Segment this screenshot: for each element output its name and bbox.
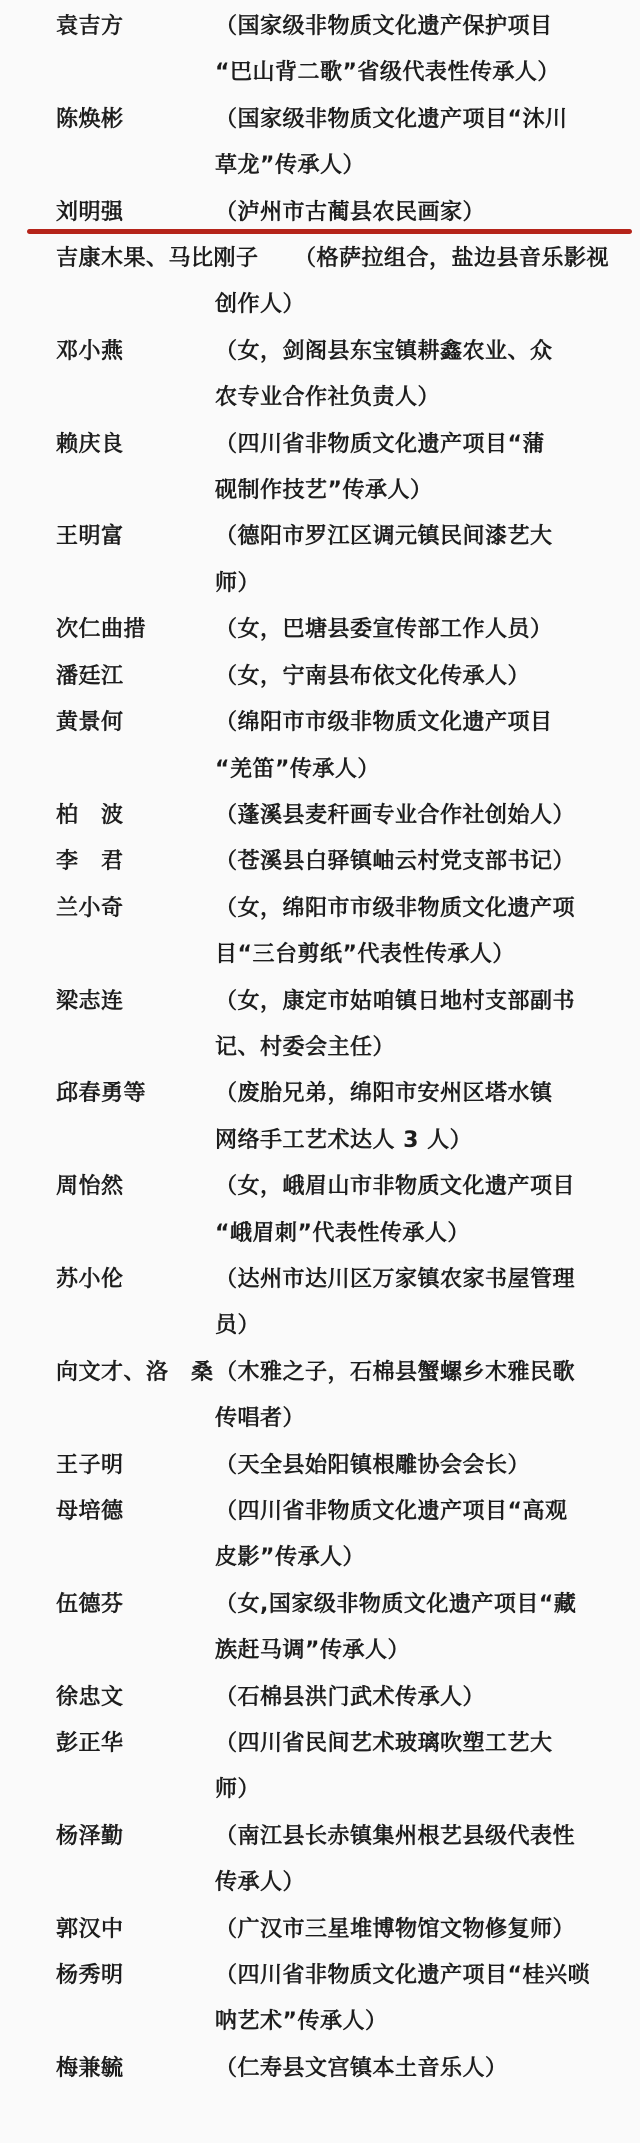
person-name: 赖庆良 (56, 422, 124, 468)
person-role: （石棉县洪门武术传承人） (215, 1675, 640, 1721)
person-role: （绵阳市市级非物质文化遗产项目 “羌笛”传承人） (215, 700, 640, 793)
person-name: 伍德芬 (56, 1582, 124, 1628)
person-name: 袁吉方 (56, 4, 124, 50)
person-name: 梅兼毓 (56, 2046, 124, 2092)
person-name: 兰小奇 (56, 886, 124, 932)
list-item: 陈焕彬 （国家级非物质文化遗产项目“沐川 草龙”传承人） (0, 97, 640, 190)
person-name: 邱春勇等 (56, 1071, 146, 1117)
list-item: 杨秀明 （四川省非物质文化遗产项目“桂兴唢 呐艺术”传承人） (0, 1953, 640, 2046)
list-item: 柏 波 （蓬溪县麦秆画专业合作社创始人） (0, 793, 640, 839)
list-item: 杨泽勤 （南江县长赤镇集州根艺县级代表性 传承人） (0, 1814, 640, 1907)
person-name: 徐忠文 (56, 1675, 124, 1721)
person-role: （四川省非物质文化遗产项目“桂兴唢 呐艺术”传承人） (215, 1953, 640, 2046)
list-item: 王子明 （天全县始阳镇根雕协会会长） (0, 1443, 640, 1489)
person-role: （德阳市罗江区调元镇民间漆艺大 师） (215, 514, 640, 607)
person-role: （广汉市三星堆博物馆文物修复师） (215, 1907, 640, 1953)
list-item: 苏小伦 （达州市达川区万家镇农家书屋管理 员） (0, 1257, 640, 1350)
person-name: 周怡然 (56, 1164, 124, 1210)
person-role: （达州市达川区万家镇农家书屋管理 员） (215, 1257, 640, 1350)
list-item: 向文才、洛 桑 （木雅之子，石棉县蟹螺乡木雅民歌 传唱者） (0, 1350, 640, 1443)
list-item: 邓小燕 （女，剑阁县东宝镇耕鑫农业、众 农专业合作社负责人） (0, 329, 640, 422)
document-page: 袁吉方 （国家级非物质文化遗产保护项目 “巴山背二歌”省级代表性传承人） 陈焕彬… (0, 0, 640, 2143)
person-name: 郭汉中 (56, 1907, 124, 1953)
person-name: 潘廷江 (56, 654, 124, 700)
list-item: 母培德 （四川省非物质文化遗产项目“高观 皮影”传承人） (0, 1489, 640, 1582)
person-name: 柏 波 (56, 793, 124, 839)
person-role: （蓬溪县麦秆画专业合作社创始人） (215, 793, 640, 839)
person-name: 苏小伦 (56, 1257, 124, 1303)
person-name: 杨泽勤 (56, 1814, 124, 1860)
list-item: 王明富 （德阳市罗江区调元镇民间漆艺大 师） (0, 514, 640, 607)
list-item: 黄景何 （绵阳市市级非物质文化遗产项目 “羌笛”传承人） (0, 700, 640, 793)
person-role: （四川省非物质文化遗产项目“高观 皮影”传承人） (215, 1489, 640, 1582)
list-item: 邱春勇等 （废胎兄弟，绵阳市安州区塔水镇 网络手工艺术达人 3 人） (0, 1071, 640, 1164)
red-underline-annotation (27, 229, 632, 234)
person-name: 王明富 (56, 514, 124, 560)
list-item: 赖庆良 （四川省非物质文化遗产项目“蒲 砚制作技艺”传承人） (0, 422, 640, 515)
person-name: 黄景何 (56, 700, 124, 746)
person-role: （四川省民间艺术玻璃吹塑工艺大 师） (215, 1721, 640, 1814)
list-item: 梅兼毓 （仁寿县文宫镇本土音乐人） (0, 2046, 640, 2092)
list-item: 梁志连 （女，康定市姑咱镇日地村支部副书 记、村委会主任） (0, 979, 640, 1072)
person-role: （苍溪县白驿镇岫云村党支部书记） (215, 839, 640, 885)
person-role: （废胎兄弟，绵阳市安州区塔水镇 网络手工艺术达人 3 人） (215, 1071, 640, 1164)
person-role: （女，宁南县布依文化传承人） (215, 654, 640, 700)
person-role: （女，绵阳市市级非物质文化遗产项 目“三台剪纸”代表性传承人） (215, 886, 640, 979)
person-name: 母培德 (56, 1489, 124, 1535)
inheritor-list: 袁吉方 （国家级非物质文化遗产保护项目 “巴山背二歌”省级代表性传承人） 陈焕彬… (0, 0, 640, 2092)
list-item: 徐忠文 （石棉县洪门武术传承人） (0, 1675, 640, 1721)
person-role: （女，峨眉山市非物质文化遗产项目 “峨眉刺”代表性传承人） (215, 1164, 640, 1257)
person-name: 王子明 (56, 1443, 124, 1489)
list-item: 郭汉中 （广汉市三星堆博物馆文物修复师） (0, 1907, 640, 1953)
person-role: （女,国家级非物质文化遗产项目“藏 族赶马调”传承人） (215, 1582, 640, 1675)
list-item: 吉康木果、马比刚子 （格萨拉组合，盐边县音乐影视 创作人） (0, 236, 640, 329)
person-role: （女，康定市姑咱镇日地村支部副书 记、村委会主任） (215, 979, 640, 1072)
person-role: （国家级非物质文化遗产项目“沐川 草龙”传承人） (215, 97, 640, 190)
person-role: （仁寿县文宫镇本土音乐人） (215, 2046, 640, 2092)
person-name: 杨秀明 (56, 1953, 124, 1999)
person-role: （女，巴塘县委宣传部工作人员） (215, 607, 640, 653)
person-name: 吉康木果、马比刚子 (56, 236, 259, 282)
person-name: 邓小燕 (56, 329, 124, 375)
person-name: 向文才、洛 桑 (56, 1350, 214, 1396)
person-role: （四川省非物质文化遗产项目“蒲 砚制作技艺”传承人） (215, 422, 640, 515)
list-item: 袁吉方 （国家级非物质文化遗产保护项目 “巴山背二歌”省级代表性传承人） (0, 4, 640, 97)
person-role: （国家级非物质文化遗产保护项目 “巴山背二歌”省级代表性传承人） (215, 4, 640, 97)
person-role: （木雅之子，石棉县蟹螺乡木雅民歌 传唱者） (215, 1350, 640, 1443)
person-role: （格萨拉组合，盐边县音乐影视 创作人） (215, 236, 640, 329)
list-item: 李 君 （苍溪县白驿镇岫云村党支部书记） (0, 839, 640, 885)
person-name: 次仁曲措 (56, 607, 146, 653)
person-role: （女，剑阁县东宝镇耕鑫农业、众 农专业合作社负责人） (215, 329, 640, 422)
list-item: 潘廷江 （女，宁南县布依文化传承人） (0, 654, 640, 700)
list-item: 次仁曲措 （女，巴塘县委宣传部工作人员） (0, 607, 640, 653)
list-item: 伍德芬 （女,国家级非物质文化遗产项目“藏 族赶马调”传承人） (0, 1582, 640, 1675)
person-name: 彭正华 (56, 1721, 124, 1767)
person-name: 梁志连 (56, 979, 124, 1025)
person-role: （天全县始阳镇根雕协会会长） (215, 1443, 640, 1489)
list-item: 兰小奇 （女，绵阳市市级非物质文化遗产项 目“三台剪纸”代表性传承人） (0, 886, 640, 979)
person-role: （南江县长赤镇集州根艺县级代表性 传承人） (215, 1814, 640, 1907)
list-item: 彭正华 （四川省民间艺术玻璃吹塑工艺大 师） (0, 1721, 640, 1814)
person-name: 李 君 (56, 839, 124, 885)
person-name: 陈焕彬 (56, 97, 124, 143)
list-item: 周怡然 （女，峨眉山市非物质文化遗产项目 “峨眉刺”代表性传承人） (0, 1164, 640, 1257)
